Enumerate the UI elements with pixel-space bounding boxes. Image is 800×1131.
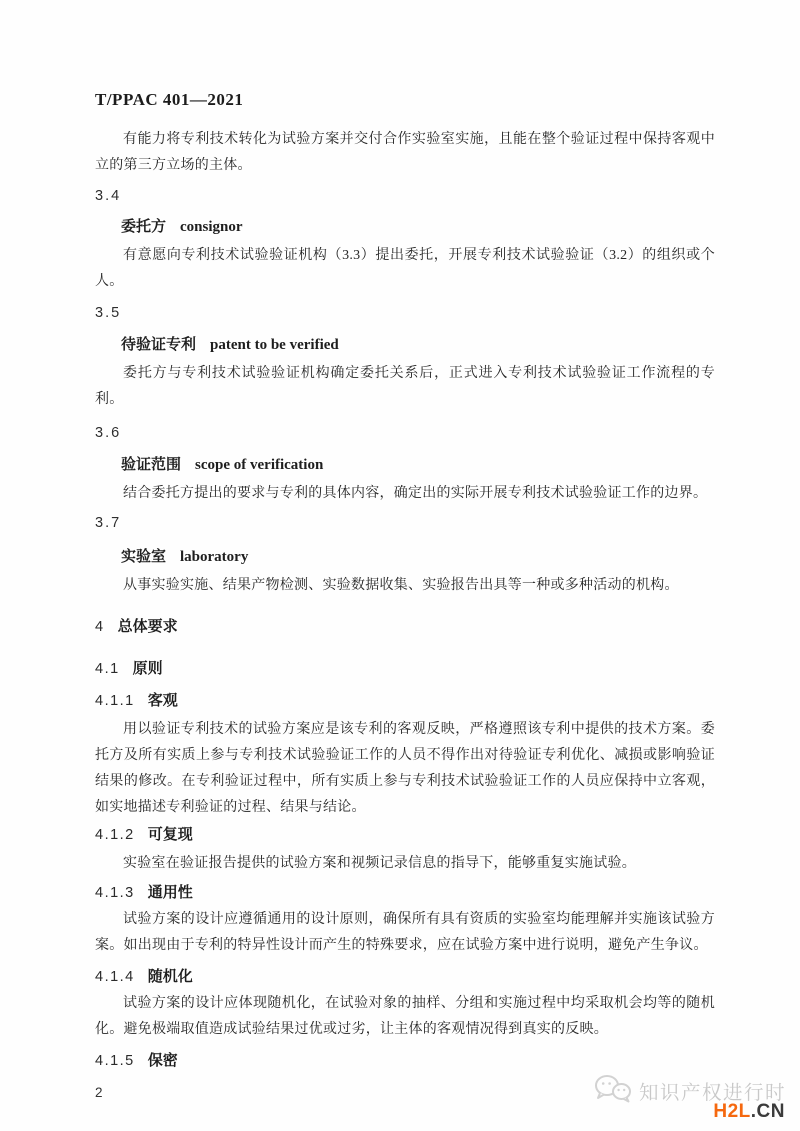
section-4-1-title: 原则 [133, 660, 163, 677]
clause-number-3-7: 3.7 [95, 509, 715, 537]
section-4-1-1-title: 客观 [148, 692, 178, 709]
section-4-1-1-heading: 4.1.1客观 [95, 687, 715, 715]
watermark-site-text: H2L.CN [713, 1101, 786, 1123]
section-4-1-4-number: 4.1.4 [95, 969, 135, 985]
section-4-1-5-number: 4.1.5 [95, 1053, 135, 1069]
term-zh-3-5: 待验证专利 [121, 336, 196, 353]
document-page: T/PPAC 401—2021 有能力将专利技术转化为试验方案并交付合作实验室实… [0, 0, 800, 1131]
clause-number-3-5: 3.5 [95, 299, 715, 327]
section-4-1-4-title: 随机化 [148, 968, 193, 985]
definition-3-4: 有意愿向专利技术试验验证机构（3.3）提出委托，开展专利技术试验验证（3.2）的… [95, 243, 715, 295]
section-4-1-3-number: 4.1.3 [95, 885, 135, 901]
definition-3-7: 从事实验实施、结果产物检测、实验数据收集、实验报告出具等一种或多种活动的机构。 [95, 573, 715, 599]
term-zh-3-4: 委托方 [121, 218, 166, 235]
term-zh-3-7: 实验室 [121, 548, 166, 565]
doc-code-header: T/PPAC 401—2021 [95, 86, 715, 114]
section-4-1-2-heading: 4.1.2可复现 [95, 821, 715, 849]
intro-paragraph: 有能力将专利技术转化为试验方案并交付合作实验室实施，且能在整个验证过程中保持客观… [95, 127, 715, 179]
watermark-site-tld: .CN [751, 1101, 785, 1122]
term-line-3-5: 待验证专利 patent to be verified [121, 331, 715, 359]
section-4-1-2-number: 4.1.2 [95, 827, 135, 843]
section-4-number: 4 [95, 619, 105, 635]
section-4-1-5-heading: 4.1.5保密 [95, 1047, 715, 1075]
term-en-3-4: consignor [180, 219, 243, 235]
definition-3-5: 委托方与专利技术试验验证机构确定委托关系后，正式进入专利技术试验验证工作流程的专… [95, 361, 715, 413]
watermark-site-main: H2L [713, 1101, 750, 1122]
clause-number-3-6: 3.6 [95, 419, 715, 447]
section-4-1-4-heading: 4.1.4随机化 [95, 963, 715, 991]
section-4-1-number: 4.1 [95, 661, 120, 677]
definition-3-6: 结合委托方提出的要求与专利的具体内容，确定出的实际开展专利技术试验验证工作的边界… [95, 481, 715, 507]
wechat-icon [594, 1074, 632, 1108]
page-content: T/PPAC 401—2021 有能力将专利技术转化为试验方案并交付合作实验室实… [95, 86, 715, 1107]
section-4-1-1-body: 用以验证专利技术的试验方案应是该专利的客观反映，严格遵照该专利中提供的技术方案。… [95, 717, 715, 821]
section-4-1-4-body: 试验方案的设计应体现随机化，在试验对象的抽样、分组和实施过程中均采取机会均等的随… [95, 991, 715, 1043]
term-line-3-7: 实验室 laboratory [121, 543, 715, 571]
section-4-heading: 4总体要求 [95, 613, 715, 641]
term-en-3-7: laboratory [180, 549, 248, 565]
site-watermark: 知识产权进行时 H2L.CN [594, 1074, 786, 1123]
section-4-title: 总体要求 [118, 618, 178, 635]
section-4-1-3-title: 通用性 [148, 884, 193, 901]
term-line-3-6: 验证范围 scope of verification [121, 451, 715, 479]
term-line-3-4: 委托方 consignor [121, 213, 715, 241]
term-en-3-6: scope of verification [195, 457, 323, 473]
clause-number-3-4: 3.4 [95, 182, 715, 210]
section-4-1-3-heading: 4.1.3通用性 [95, 879, 715, 907]
term-en-3-5: patent to be verified [210, 337, 339, 353]
section-4-1-2-body: 实验室在验证报告提供的试验方案和视频记录信息的指导下，能够重复实施试验。 [95, 851, 715, 877]
section-4-1-2-title: 可复现 [148, 826, 193, 843]
term-zh-3-6: 验证范围 [121, 456, 181, 473]
section-4-1-heading: 4.1原则 [95, 655, 715, 683]
section-4-1-1-number: 4.1.1 [95, 693, 135, 709]
section-4-1-3-body: 试验方案的设计应遵循通用的设计原则，确保所有具有资质的实验室均能理解并实施该试验… [95, 907, 715, 959]
section-4-1-5-title: 保密 [148, 1052, 178, 1069]
